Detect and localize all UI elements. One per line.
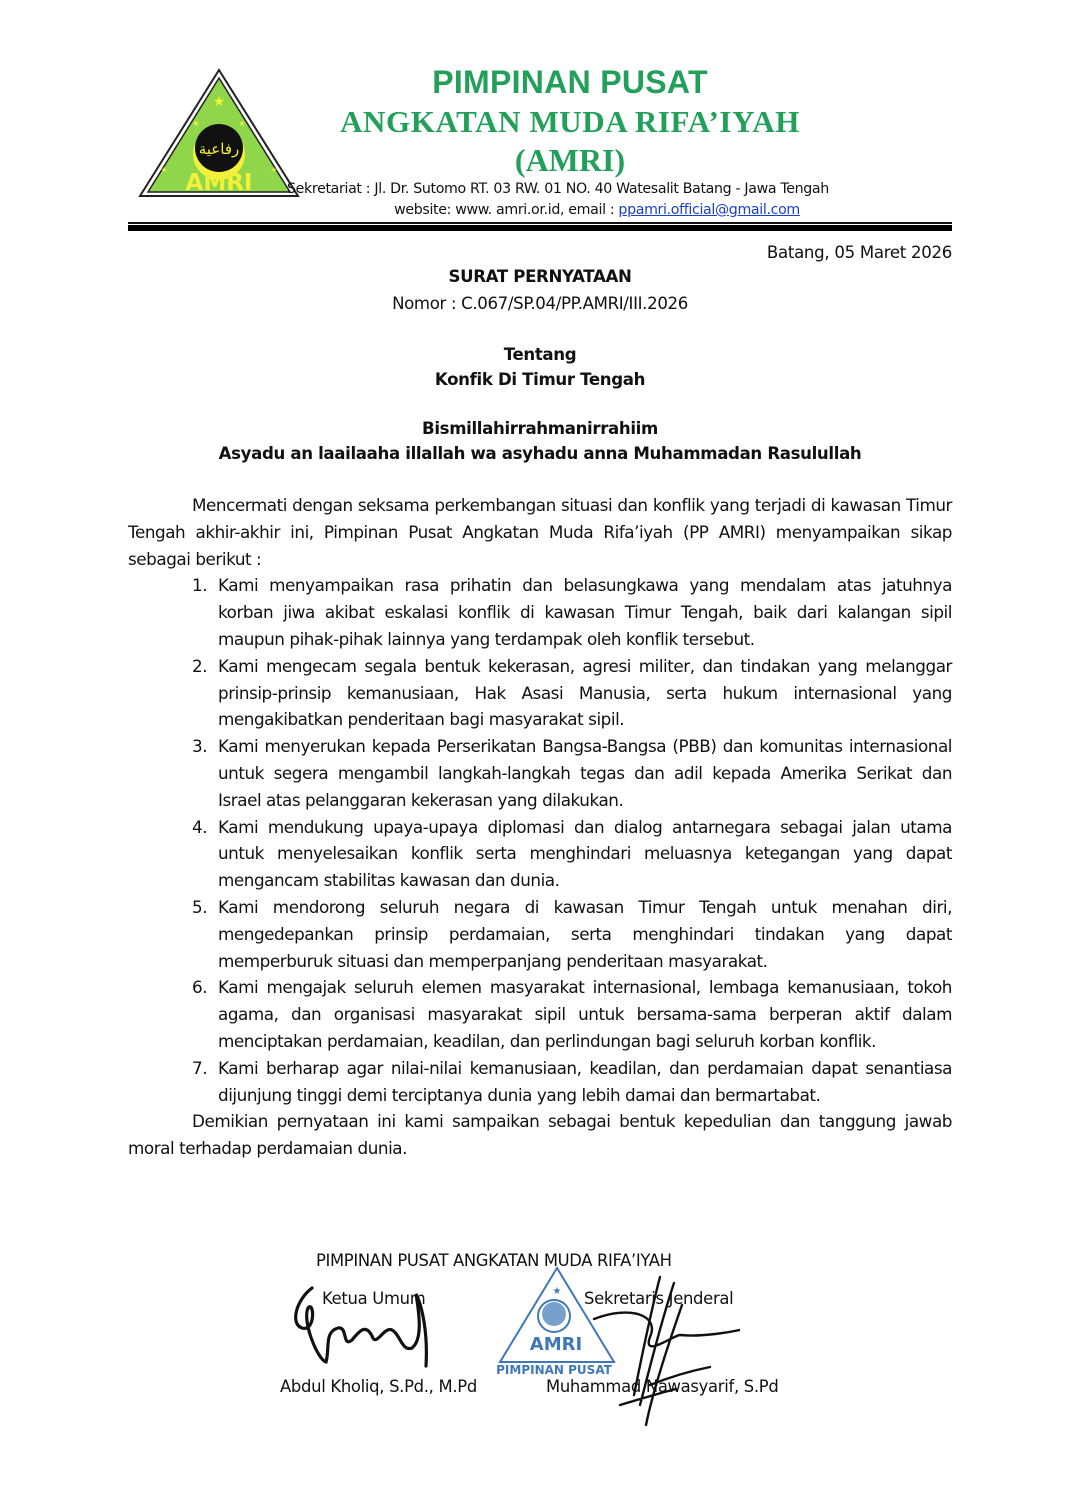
- svg-text:AMRI: AMRI: [530, 1334, 582, 1355]
- point-number: 3.: [192, 733, 207, 760]
- letterhead-address: Sekretariat : Jl. Dr. Sutomo RT. 03 RW. …: [287, 181, 907, 197]
- letterhead-org-name: ANGKATAN MUDA RIFA’IYAH: [300, 104, 840, 140]
- document-title: SURAT PERNYATAAN: [128, 267, 952, 286]
- svg-text:★: ★: [271, 166, 277, 174]
- point-number: 6.: [192, 974, 207, 1001]
- statement-point: 4.Kami mendukung upaya-upaya diplomasi d…: [128, 814, 952, 894]
- point-text: Kami menyerukan kepada Perserikatan Bang…: [218, 736, 952, 810]
- point-number: 1.: [192, 572, 207, 599]
- point-text: Kami mendorong seluruh negara di kawasan…: [218, 897, 952, 971]
- closing-paragraph: Demikian pernyataan ini kami sampaikan s…: [128, 1108, 952, 1162]
- point-text: Kami mendukung upaya-upaya diplomasi dan…: [218, 817, 952, 891]
- svg-text:★: ★: [553, 1286, 562, 1297]
- point-number: 7.: [192, 1055, 207, 1082]
- point-text: Kami mengajak seluruh elemen masyarakat …: [218, 977, 952, 1051]
- header-divider-thick: [128, 225, 952, 231]
- svg-text:★: ★: [238, 119, 245, 128]
- star-icon: ★: [213, 94, 226, 110]
- point-text: Kami menyampaikan rasa prihatin dan bela…: [218, 575, 952, 649]
- subject-label: Tentang: [128, 345, 952, 364]
- intro-paragraph: Mencermati dengan seksama perkembangan s…: [128, 492, 952, 572]
- letterhead-line1: PIMPINAN PUSAT: [330, 64, 810, 101]
- point-text: Kami berharap agar nilai-nilai kemanusia…: [218, 1058, 952, 1105]
- point-number: 2.: [192, 653, 207, 680]
- statement-point: 5.Kami mendorong seluruh negara di kawas…: [128, 894, 952, 974]
- letterhead-abbreviation: (AMRI): [330, 142, 810, 179]
- svg-text:AMRI: AMRI: [186, 170, 253, 196]
- email-link[interactable]: ppamri.official@gmail.com: [618, 202, 799, 218]
- svg-text:رفاعية: رفاعية: [199, 140, 240, 158]
- statement-body: Mencermati dengan seksama perkembangan s…: [128, 492, 952, 1162]
- opening-shahada: Asyadu an laailaaha illallah wa asyhadu …: [128, 444, 952, 463]
- secretary-general-name: Muhammad Nawasyarif, S.Pd: [546, 1377, 778, 1396]
- svg-text:★: ★: [192, 119, 199, 128]
- statement-points: 1.Kami menyampaikan rasa prihatin dan be…: [128, 572, 952, 1108]
- chairman-name: Abdul Kholiq, S.Pd., M.Pd: [280, 1377, 477, 1396]
- chairman-signature: [288, 1278, 438, 1374]
- point-number: 5.: [192, 894, 207, 921]
- secretary-signature: [590, 1275, 740, 1435]
- letter-date: Batang, 05 Maret 2026: [767, 243, 952, 262]
- point-number: 4.: [192, 814, 207, 841]
- point-text: Kami mengecam segala bentuk kekerasan, a…: [218, 656, 952, 730]
- letterhead-contact: website: www. amri.or.id, email : ppamri…: [287, 202, 907, 218]
- statement-point: 2.Kami mengecam segala bentuk kekerasan,…: [128, 653, 952, 733]
- signature-org: PIMPINAN PUSAT ANGKATAN MUDA RIFA’IYAH: [316, 1251, 672, 1270]
- header-divider-thin: [128, 222, 952, 224]
- svg-text:★: ★: [161, 166, 167, 174]
- website-text: website: www. amri.or.id, email :: [394, 202, 618, 218]
- document-number: Nomor : C.067/SP.04/PP.AMRI/III.2026: [128, 294, 952, 313]
- statement-point: 6.Kami mengajak seluruh elemen masyaraka…: [128, 974, 952, 1054]
- statement-point: 1.Kami menyampaikan rasa prihatin dan be…: [128, 572, 952, 652]
- subject-text: Konfik Di Timur Tengah: [128, 370, 952, 389]
- statement-point: 3.Kami menyerukan kepada Perserikatan Ba…: [128, 733, 952, 813]
- opening-basmalah: Bismillahirrahmanirrahiim: [128, 419, 952, 438]
- statement-point: 7.Kami berharap agar nilai-nilai kemanus…: [128, 1055, 952, 1109]
- amri-logo: ★ ★ ★ ★ ★ رفاعية AMRI: [138, 68, 300, 200]
